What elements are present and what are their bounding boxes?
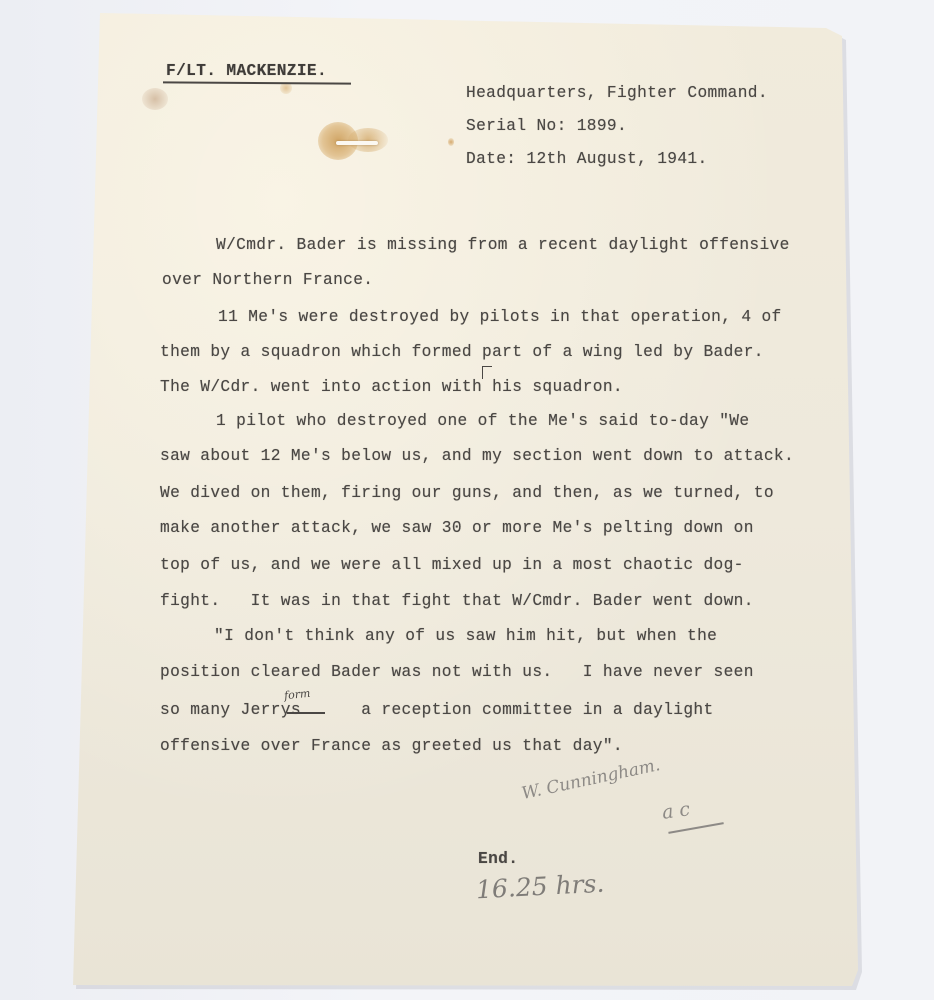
handwritten-correction-mark xyxy=(482,366,492,379)
signature-initials: a c xyxy=(661,798,692,824)
addressee: F/LT. MACKENZIE. xyxy=(166,62,327,80)
body-line: make another attack, we saw 30 or more M… xyxy=(160,519,754,537)
header-serial: Serial No: 1899. xyxy=(466,117,627,135)
header-origin: Headquarters, Fighter Command. xyxy=(466,84,768,102)
body-line: saw about 12 Me's below us, and my secti… xyxy=(160,447,794,465)
body-line: position cleared Bader was not with us. … xyxy=(160,663,754,681)
body-line: The W/Cdr. went into action with his squ… xyxy=(160,378,623,396)
body-line: 11 Me's were destroyed by pilots in that… xyxy=(218,308,782,326)
body-line: so many Jerrys a reception committee in … xyxy=(160,701,714,719)
body-line: them by a squadron which formed part of … xyxy=(160,343,764,361)
rust-spot xyxy=(448,138,454,146)
body-line: 1 pilot who destroyed one of the Me's sa… xyxy=(216,412,749,430)
end-label: End. xyxy=(478,850,518,868)
staple-hole xyxy=(336,141,378,145)
rust-stain xyxy=(348,128,388,152)
handwritten-insertion: form xyxy=(283,687,311,703)
paper-mark xyxy=(142,88,168,110)
body-line: "I don't think any of us saw him hit, bu… xyxy=(214,627,717,645)
body-line: offensive over France as greeted us that… xyxy=(160,737,623,755)
body-line: fight. It was in that fight that W/Cmdr.… xyxy=(160,592,754,610)
body-line: top of us, and we were all mixed up in a… xyxy=(160,556,744,574)
body-line: We dived on them, firing our guns, and t… xyxy=(160,484,774,502)
body-line: W/Cmdr. Bader is missing from a recent d… xyxy=(216,236,790,254)
struck-word xyxy=(287,712,325,714)
body-line: over Northern France. xyxy=(162,271,373,289)
header-date: Date: 12th August, 1941. xyxy=(466,150,708,168)
